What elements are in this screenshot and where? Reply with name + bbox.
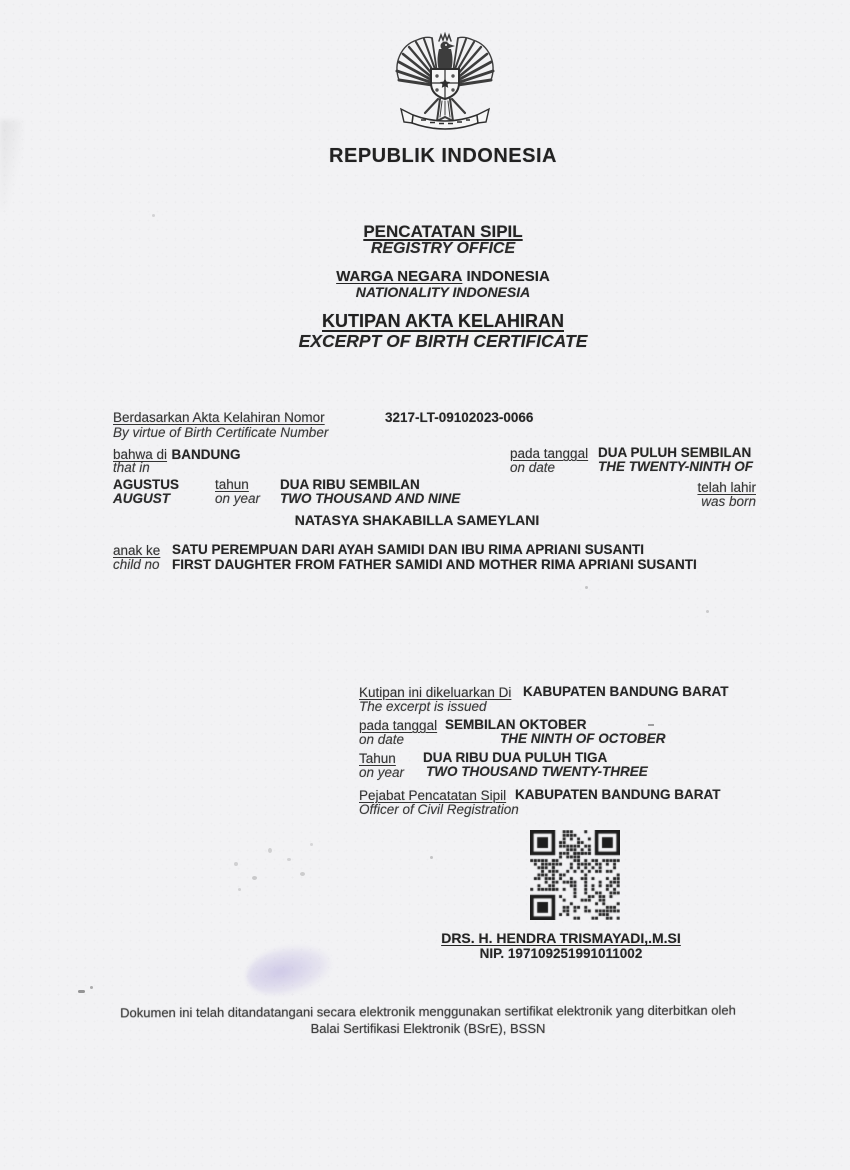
birth-year-value-en: TWO THOUSAND AND NINE: [280, 491, 460, 506]
civil-officer-label-id: Pejabat Pencatatan Sipil: [359, 788, 506, 803]
scan-speck: [430, 856, 433, 859]
birth-date-value-en: THE TWENTY-NINTH OF: [598, 459, 753, 474]
issued-at-label-en: The excerpt is issued: [359, 699, 487, 714]
birth-place-label-en: that in: [113, 460, 150, 475]
issued-place-value: KABUPATEN BANDUNG BARAT: [523, 684, 729, 699]
scan-speck: [300, 872, 305, 876]
birth-place-value: BANDUNG: [172, 447, 241, 462]
birth-year-label-en: on year: [215, 491, 260, 506]
scan-speck: [78, 990, 85, 993]
nationality-line-en: NATIONALITY INDONESIA: [36, 284, 850, 300]
scan-speck: [238, 888, 241, 891]
scan-speck: [585, 586, 588, 589]
registry-office-title-en: REGISTRY OFFICE: [36, 240, 850, 258]
cert-number-label-id: Berdasarkan Akta Kelahiran Nomor: [113, 410, 325, 425]
issued-date-value-id: SEMBILAN OKTOBER: [445, 717, 587, 732]
birth-year-value-id: DUA RIBU SEMBILAN: [280, 477, 420, 492]
birth-date-label-id: pada tanggal: [510, 446, 588, 461]
child-no-label-id: anak ke: [113, 543, 160, 558]
country-title: REPUBLIK INDONESIA: [36, 145, 850, 168]
cert-number-value: 3217-LT-09102023-0066: [385, 410, 533, 425]
footer-disclaimer-line2: Balai Sertifikasi Elektronik (BSrE), BSS…: [28, 1021, 828, 1036]
issued-date-value-en: THE NINTH OF OCTOBER: [500, 731, 666, 746]
birth-certificate-document: REPUBLIK INDONESIA PENCATATAN SIPIL REGI…: [0, 0, 850, 1170]
garuda-pancasila-emblem: [393, 32, 497, 136]
issued-date-label-en: on date: [359, 732, 404, 747]
nationality-value: INDONESIA: [466, 268, 549, 285]
issued-date-label-id: pada tanggal: [359, 718, 437, 733]
birth-month-en: AUGUST: [113, 491, 170, 506]
birth-date-value-id: DUA PULUH SEMBILAN: [598, 445, 751, 460]
doc-title-id: KUTIPAN AKTA KELAHIRAN: [36, 311, 850, 332]
issued-year-value-en: TWO THOUSAND TWENTY-THREE: [426, 764, 648, 779]
was-born-label-id: telah lahir: [640, 480, 756, 495]
was-born-label-en: was born: [640, 494, 756, 509]
civil-officer-place: KABUPATEN BANDUNG BARAT: [515, 787, 721, 802]
scan-speck: [648, 724, 654, 726]
scan-speck: [268, 848, 272, 853]
scan-speck: [152, 214, 155, 217]
officer-nip: NIP. 197109251991011002: [411, 946, 711, 961]
ink-smudge: [242, 938, 336, 1003]
birth-date-label-en: on date: [510, 460, 555, 475]
scan-speck: [310, 843, 313, 846]
scan-speck: [90, 986, 93, 989]
officer-name: DRS. H. HENDRA TRISMAYADI,.M.SI: [411, 930, 711, 946]
nationality-line-id: WARGA NEGARA INDONESIA: [36, 268, 850, 285]
child-name: NATASYA SHAKABILLA SAMEYLANI: [17, 512, 817, 528]
qr-code: [530, 830, 620, 920]
scan-speck: [234, 862, 238, 866]
birth-year-label-id: tahun: [215, 477, 249, 492]
birth-month-id: AGUSTUS: [113, 477, 179, 492]
issued-year-label-id: Tahun: [359, 751, 396, 766]
issued-at-label-id: Kutipan ini dikeluarkan Di: [359, 685, 511, 700]
child-no-value-en: FIRST DAUGHTER FROM FATHER SAMIDI AND MO…: [172, 557, 697, 572]
doc-title-en: EXCERPT OF BIRTH CERTIFICATE: [36, 331, 850, 352]
scan-speck: [706, 610, 709, 613]
scan-speck: [287, 858, 291, 861]
cert-number-label-en: By virtue of Birth Certificate Number: [113, 425, 328, 440]
scan-fold-shadow: [0, 120, 22, 210]
registry-office-title-id: PENCATATAN SIPIL: [36, 222, 850, 242]
scan-speck: [252, 876, 257, 880]
scan-speck: [309, 432, 311, 437]
child-no-label-en: child no: [113, 557, 160, 572]
nationality-label-id: WARGA NEGARA: [336, 268, 462, 285]
issued-year-value-id: DUA RIBU DUA PULUH TIGA: [423, 750, 607, 765]
footer-disclaimer-line1: Dokumen ini telah ditandatangani secara …: [28, 1002, 828, 1020]
civil-officer-label-en: Officer of Civil Registration: [359, 802, 519, 817]
child-no-value-id: SATU PEREMPUAN DARI AYAH SAMIDI DAN IBU …: [172, 542, 644, 557]
issued-year-label-en: on year: [359, 765, 404, 780]
